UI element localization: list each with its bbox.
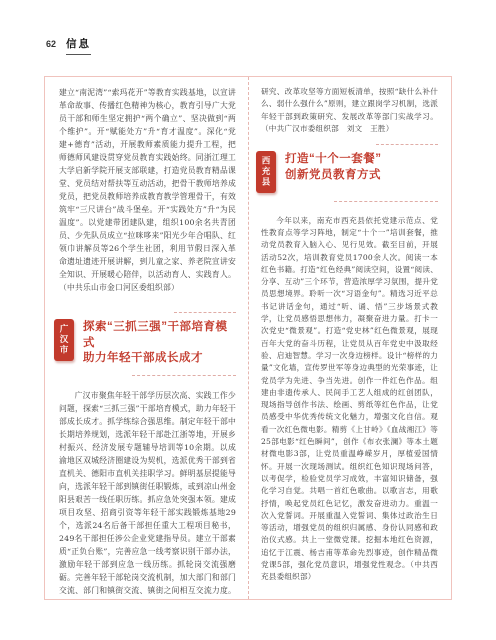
left-article-header: 广汉市 探索“三抓三强”干部培育模式 助力年轻干部成长成才: [54, 312, 236, 376]
right-article-header: 西充县 打造“十个一套餐” 创新党员教育方式: [256, 144, 438, 202]
header-dash-top: [376, 144, 438, 145]
left-article-title-line2: 助力年轻干部成长成才: [83, 351, 236, 367]
left-column: 建立“南泥湾”“索玛花开”等教育实践基地，以宣讲革命故事、传播红色精神为核心，教…: [45, 77, 248, 599]
header-dash-bottom: [334, 201, 438, 202]
left-article-title-line1: 探索“三抓三强”干部培育模式: [83, 320, 236, 351]
right-article-title-line2: 创新党员教育方式: [285, 168, 382, 184]
page-header: 62 信息: [46, 36, 91, 55]
header-dash-bottom: [132, 375, 236, 376]
right-column: 研究、改革攻坚等方面短板清单，按照“缺什么补什么、弱什么强什么”原则，建立跟岗学…: [248, 77, 451, 599]
right-article-title-line1: 打造“十个一套餐”: [285, 152, 382, 168]
region-tag-guanghan: 广汉市: [54, 319, 74, 361]
page-number: 62: [46, 39, 56, 49]
right-article-body: 今年以来，南充市西充县依托党建示范点、党性教育点等学习阵地，制定“十个一”培训套…: [261, 215, 438, 584]
region-tag-xichong: 西充县: [256, 151, 276, 193]
right-continuation-paragraph: 研究、改革攻坚等方面短板清单，按照“缺什么补什么、弱什么强什么”原则，建立跟岗学…: [261, 86, 438, 135]
left-article-body: 广汉市聚焦年轻干部学历层次高、实践工作少问题，探索“三抓三强”干部培育模式，助力…: [59, 389, 236, 600]
left-article-title: 探索“三抓三强”干部培育模式 助力年轻干部成长成才: [83, 319, 236, 367]
left-continuation-paragraph: 建立“南泥湾”“索玛花开”等教育实践基地，以宣讲革命故事、传播红色精神为核心，教…: [59, 86, 236, 294]
right-article-title: 打造“十个一套餐” 创新党员教育方式: [285, 151, 382, 183]
header-dash-top: [174, 312, 236, 313]
content-border-box: 建立“南泥湾”“索玛花开”等教育实践基地，以宣讲革命故事、传播红色精神为核心，教…: [44, 76, 452, 600]
section-label: 信息: [66, 36, 91, 55]
